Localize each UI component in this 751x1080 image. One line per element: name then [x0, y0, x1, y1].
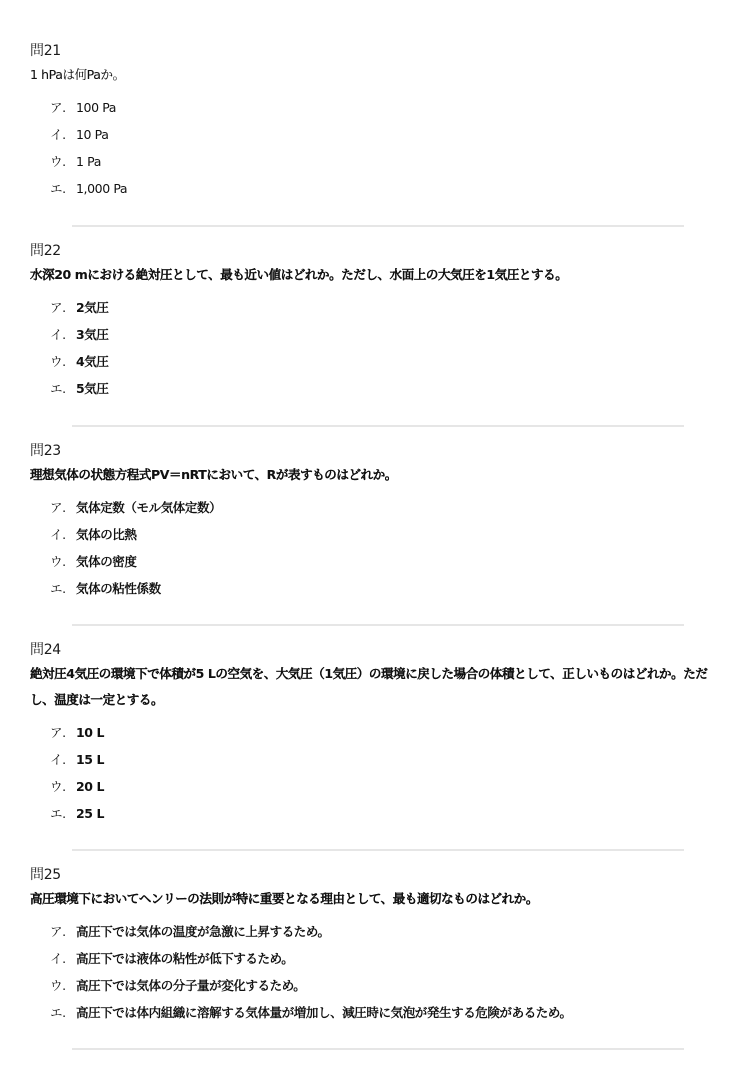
choice-label: ウ. [50, 148, 76, 175]
question-text: 1 hPaは何Paか。 [30, 62, 710, 88]
choice-label: ウ. [50, 773, 76, 800]
question-24: 問24 絶対圧4気圧の環境下で体積が5 Lの空気を、大気圧（1気圧）の環境に戻し… [30, 641, 710, 827]
choice-label: エ. [50, 999, 76, 1026]
choice-label: ア. [50, 294, 76, 321]
choice-text: 100 Pa [76, 94, 116, 121]
choice-label: ウ. [50, 348, 76, 375]
choice-a[interactable]: ア. 高圧下では気体の温度が急激に上昇するため。 [50, 918, 710, 945]
choice-list: ア. 気体定数（モル気体定数） イ. 気体の比熱 ウ. 気体の密度 エ. 気体の… [50, 494, 710, 602]
question-23: 問23 理想気体の状態方程式PV＝nRTにおいて、Rが表すものはどれか。 ア. … [30, 442, 710, 602]
choice-i[interactable]: イ. 気体の比熱 [50, 521, 710, 548]
choice-text: 高圧下では体内組織に溶解する気体量が増加し、減圧時に気泡が発生する危険があるため… [76, 999, 572, 1026]
question-text: 水深20 mにおける絶対圧として、最も近い値はどれか。ただし、水面上の大気圧を1… [30, 262, 710, 288]
choice-text: 10 Pa [76, 121, 109, 148]
choice-text: 1 Pa [76, 148, 101, 175]
choice-e[interactable]: エ. 1,000 Pa [50, 175, 710, 202]
question-21: 問21 1 hPaは何Paか。 ア. 100 Pa イ. 10 Pa ウ. 1 … [30, 42, 710, 202]
choice-e[interactable]: エ. 気体の粘性係数 [50, 575, 710, 602]
choice-text: 高圧下では気体の温度が急激に上昇するため。 [76, 918, 330, 945]
choice-text: 2気圧 [76, 294, 109, 321]
choice-label: イ. [50, 321, 76, 348]
choice-list: ア. 高圧下では気体の温度が急激に上昇するため。 イ. 高圧下では液体の粘性が低… [50, 918, 710, 1026]
choice-text: 気体の密度 [76, 548, 137, 575]
choice-list: ア. 2気圧 イ. 3気圧 ウ. 4気圧 エ. 5気圧 [50, 294, 710, 402]
choice-label: イ. [50, 746, 76, 773]
choice-label: ア. [50, 94, 76, 121]
divider [72, 849, 684, 851]
question-heading: 問23 [30, 442, 710, 460]
choice-a[interactable]: ア. 10 L [50, 719, 710, 746]
choice-i[interactable]: イ. 15 L [50, 746, 710, 773]
divider [72, 425, 684, 427]
choice-text: 25 L [76, 800, 104, 827]
choice-u[interactable]: ウ. 4気圧 [50, 348, 710, 375]
question-22: 問22 水深20 mにおける絶対圧として、最も近い値はどれか。ただし、水面上の大… [30, 242, 710, 402]
choice-a[interactable]: ア. 2気圧 [50, 294, 710, 321]
choice-label: エ. [50, 175, 76, 202]
choice-e[interactable]: エ. 高圧下では体内組織に溶解する気体量が増加し、減圧時に気泡が発生する危険があ… [50, 999, 710, 1026]
choice-text: 気体の粘性係数 [76, 575, 161, 602]
choice-list: ア. 10 L イ. 15 L ウ. 20 L エ. 25 L [50, 719, 710, 827]
choice-label: ア. [50, 494, 76, 521]
choice-label: エ. [50, 800, 76, 827]
choice-a[interactable]: ア. 100 Pa [50, 94, 710, 121]
question-text: 理想気体の状態方程式PV＝nRTにおいて、Rが表すものはどれか。 [30, 462, 710, 488]
choice-text: 高圧下では気体の分子量が変化するため。 [76, 972, 305, 999]
choice-u[interactable]: ウ. 1 Pa [50, 148, 710, 175]
divider [72, 225, 684, 227]
choice-text: 5気圧 [76, 375, 109, 402]
choice-list: ア. 100 Pa イ. 10 Pa ウ. 1 Pa エ. 1,000 Pa [50, 94, 710, 202]
choice-text: 気体定数（モル気体定数） [76, 494, 221, 521]
choice-u[interactable]: ウ. 20 L [50, 773, 710, 800]
choice-text: 高圧下では液体の粘性が低下するため。 [76, 945, 293, 972]
question-heading: 問24 [30, 641, 710, 659]
choice-u[interactable]: ウ. 気体の密度 [50, 548, 710, 575]
choice-i[interactable]: イ. 10 Pa [50, 121, 710, 148]
choice-label: ア. [50, 918, 76, 945]
question-25: 問25 高圧環境下においてヘンリーの法則が特に重要となる理由として、最も適切なも… [30, 866, 710, 1026]
choice-text: 20 L [76, 773, 104, 800]
question-heading: 問22 [30, 242, 710, 260]
choice-i[interactable]: イ. 高圧下では液体の粘性が低下するため。 [50, 945, 710, 972]
choice-text: 15 L [76, 746, 104, 773]
divider [72, 624, 684, 626]
choice-label: ウ. [50, 972, 76, 999]
choice-label: ア. [50, 719, 76, 746]
choice-e[interactable]: エ. 5気圧 [50, 375, 710, 402]
choice-u[interactable]: ウ. 高圧下では気体の分子量が変化するため。 [50, 972, 710, 999]
choice-text: 10 L [76, 719, 104, 746]
choice-label: イ. [50, 521, 76, 548]
choice-text: 3気圧 [76, 321, 109, 348]
choice-label: ウ. [50, 548, 76, 575]
choice-a[interactable]: ア. 気体定数（モル気体定数） [50, 494, 710, 521]
question-text: 高圧環境下においてヘンリーの法則が特に重要となる理由として、最も適切なものはどれ… [30, 886, 710, 912]
choice-label: エ. [50, 575, 76, 602]
choice-label: イ. [50, 945, 76, 972]
question-heading: 問25 [30, 866, 710, 884]
choice-e[interactable]: エ. 25 L [50, 800, 710, 827]
choice-label: イ. [50, 121, 76, 148]
choice-text: 気体の比熱 [76, 521, 137, 548]
choice-label: エ. [50, 375, 76, 402]
question-text: 絶対圧4気圧の環境下で体積が5 Lの空気を、大気圧（1気圧）の環境に戻した場合の… [30, 661, 710, 713]
choice-text: 4気圧 [76, 348, 109, 375]
question-heading: 問21 [30, 42, 710, 60]
choice-i[interactable]: イ. 3気圧 [50, 321, 710, 348]
choice-text: 1,000 Pa [76, 175, 127, 202]
divider [72, 1048, 684, 1050]
